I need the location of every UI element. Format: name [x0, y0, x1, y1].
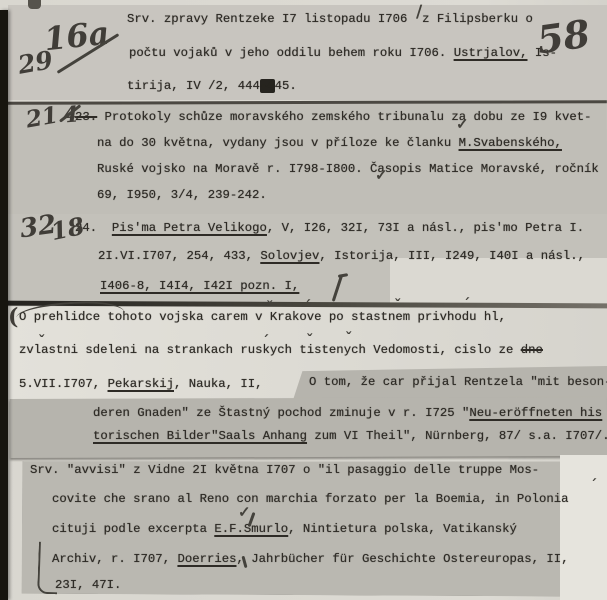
typed-text: Srv. "avvisi" z Vidne 2I května I707 o "… — [30, 463, 539, 477]
typed-line: tirija, IV /2, 444-445. — [127, 79, 297, 93]
typed-text: 23I, 47I. — [55, 578, 121, 592]
typed-text: Archiv, r. I707, — [52, 552, 177, 566]
scan-edge-nub — [28, 0, 41, 9]
underlined-text: Pis'ma Petra Velikogo — [112, 221, 267, 235]
acute-accent-mark: ´ — [463, 297, 471, 312]
checkmark-svabensky: ✓ — [456, 117, 469, 132]
typed-text: Srv. zpravy Rentzeke I7 listopadu I706 z… — [127, 12, 533, 26]
struck-text: dne — [521, 343, 543, 357]
typed-text: O tom, že car přijal Rentzela "mit beson… — [309, 375, 607, 389]
hacek-accent-mark: ˇ — [266, 300, 274, 315]
checkmark-casopis: ✓ — [375, 168, 388, 183]
underlined-text: Pekarskij — [108, 377, 174, 391]
typed-text: počtu vojaků v jeho oddilu behem roku I7… — [129, 46, 454, 60]
typed-line: Archiv, r. I707, Doerries, Jahrbücher fü… — [52, 552, 569, 566]
typed-text: cituji podle excerpta — [52, 522, 214, 536]
typed-line: cituji podle excerpta E.F.Smurlo, Nintie… — [52, 522, 517, 536]
underlined-text: E.F.Smurlo — [214, 522, 288, 536]
typed-text: 45. — [275, 79, 297, 93]
typed-line: Srv. zpravy Rentzeke I7 listopadu I706 z… — [127, 12, 533, 26]
checkmark-smurlo: ✓ — [238, 505, 251, 520]
typed-text: 5.VII.I707, — [19, 377, 108, 391]
typed-text: Protokoly schůze moravského zemského tri… — [97, 110, 591, 124]
typed-line: covite che srano al Reno con marchia for… — [52, 492, 569, 506]
white-paper-peek — [390, 258, 607, 304]
handwritten-number-21: 21 — [24, 103, 60, 131]
typed-line: O tom, že car přijal Rentzela "mit beson… — [309, 375, 607, 389]
typed-line: na do 30 května, vydany jsou v příloze k… — [97, 136, 562, 150]
handwritten-code-16a: 16a — [43, 17, 111, 56]
white-paper-right — [560, 455, 607, 600]
typed-text: Ruské vojsko na Moravě r. I798-I800. Čas… — [97, 162, 599, 176]
scan-edge-left — [0, 10, 8, 600]
underlined-text: torischen Bilder"Saals Anhang — [93, 429, 307, 443]
stray-slash-mark: ∕ — [416, 4, 422, 21]
typed-line: 2I.VI.I707, 254, 433, Solovjev, Istorija… — [98, 249, 585, 263]
handwritten-number-58: 58 — [535, 15, 593, 60]
typed-line: 23. Protokoly schůze moravského zemského… — [75, 110, 592, 124]
underlined-text: M.Svabenského, — [459, 136, 562, 150]
typed-text: zum VI Theil", Nürnberg, 87/ s.a. I707/. — [307, 429, 607, 443]
typed-text: , Jahrbücher für Geschichte Ostereuropas… — [237, 552, 569, 566]
typed-text: , Nintietura polska, Vatikanský — [288, 522, 517, 536]
acute-accent-mark: ´ — [262, 334, 270, 349]
typed-text: covite che srano al Reno con marchia for… — [52, 492, 569, 506]
typed-line: zvlastni sdeleni na strankach ruskych ti… — [19, 343, 543, 357]
overtyped-blot: -4 — [260, 79, 275, 93]
scanned-note-card: Srv. zpravy Rentzeke I7 listopadu I706 z… — [0, 0, 607, 600]
typed-text: , Nauka, II, — [174, 377, 263, 391]
typed-line: deren Gnaden" ze Štastný pochod zminuje … — [93, 406, 602, 420]
acute-accent-mark: ´ — [590, 478, 598, 493]
typed-line: Ruské vojsko na Moravě r. I798-I800. Čas… — [97, 162, 599, 176]
typed-text: , Istorija, III, I249, I40I a násl., — [319, 249, 585, 263]
typed-line: torischen Bilder"Saals Anhang zum VI The… — [93, 429, 607, 443]
handwritten-number-18: 18 — [49, 214, 87, 244]
typed-text: , V, I26, 32I, 73I a násl., pis'mo Petra… — [267, 221, 584, 235]
typed-line: 24. Pis'ma Petra Velikogo, V, I26, 32I, … — [75, 221, 584, 235]
underlined-text: I406-8, I4I4, I42I pozn. I, — [100, 279, 299, 293]
underlined-text: Neu-eröffneten his — [469, 406, 602, 420]
handwritten-bracket-bottom — [37, 542, 59, 595]
typed-line: 69, I950, 3/4, 239-242. — [97, 188, 267, 202]
typed-text: 2I.VI.I707, 254, 433, — [98, 249, 260, 263]
typed-line: 5.VII.I707, Pekarskij, Nauka, II, — [19, 377, 263, 391]
hacek-accent-mark: ˇ — [306, 333, 314, 348]
hacek-accent-mark: ˇ — [38, 334, 46, 349]
underlined-text: Doerries — [177, 552, 236, 566]
typed-text: tirija, IV /2, 444 — [127, 79, 260, 93]
typed-text: deren Gnaden" ze Štastný pochod zminuje … — [93, 406, 469, 420]
hacek-accent-mark: ˇ — [394, 298, 402, 313]
underlined-text: Solovjev — [260, 249, 319, 263]
hacek-accent-mark: ˇ — [345, 331, 353, 346]
typed-line: 23I, 47I. — [55, 578, 121, 592]
typed-text: 69, I950, 3/4, 239-242. — [97, 188, 267, 202]
typed-line: Srv. "avvisi" z Vidne 2I května I707 o "… — [30, 463, 539, 477]
typed-text: na do 30 května, vydany jsou v příloze k… — [97, 136, 459, 150]
typed-text: zvlastni sdeleni na strankach ruskych ti… — [19, 343, 521, 357]
acute-accent-mark: ´ — [304, 299, 312, 314]
typed-line: I406-8, I4I4, I42I pozn. I, — [100, 279, 299, 293]
typed-line: počtu vojaků v jeho oddilu behem roku I7… — [129, 46, 557, 60]
underlined-text: Ustrjalov, — [454, 46, 528, 60]
